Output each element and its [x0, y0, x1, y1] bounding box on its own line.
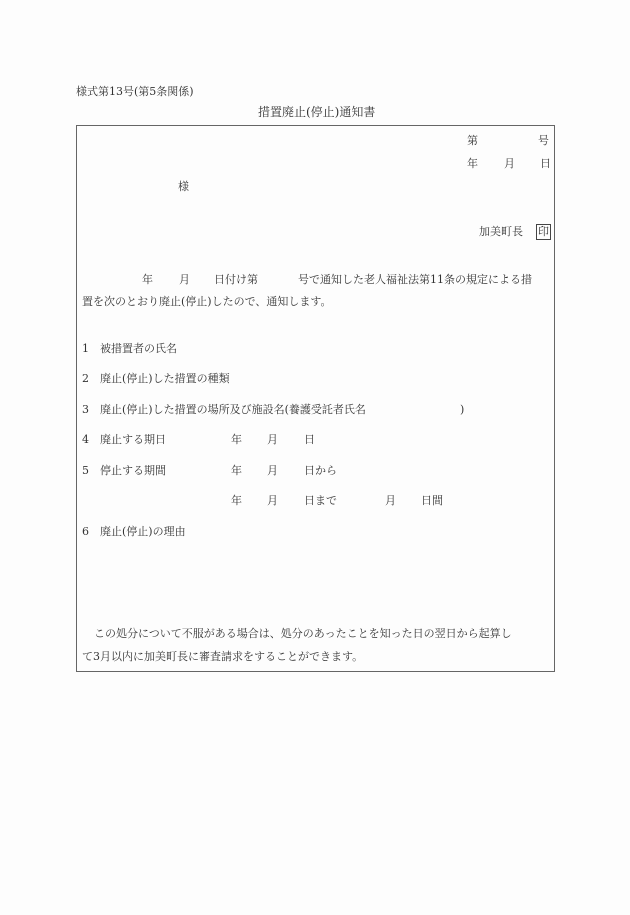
form-number: 様式第13号(第5条関係) — [76, 85, 194, 99]
item-5b-months: 月 — [385, 494, 396, 508]
addressee-suffix: 様 — [178, 180, 189, 194]
item-1-label: 被措置者の氏名 — [100, 342, 177, 356]
item-4-label: 廃止する期日 — [100, 433, 166, 447]
number-suffix: 号 — [538, 134, 549, 148]
item-1-num: 1 — [82, 342, 89, 356]
item-3-close: ) — [460, 403, 464, 417]
body-month: 月 — [179, 273, 190, 287]
item-4-num: 4 — [82, 433, 89, 447]
item-4-month: 月 — [267, 433, 278, 447]
date-day: 日 — [540, 157, 551, 171]
item-3-num: 3 — [82, 403, 89, 417]
item-4-year: 年 — [231, 433, 242, 447]
body-day: 日付け第 — [214, 273, 258, 287]
seal-icon: 印 — [536, 224, 551, 240]
body-year: 年 — [142, 273, 153, 287]
number-prefix[interactable]: 第 — [467, 134, 478, 148]
item-5-month: 月 — [267, 464, 278, 478]
body-line2: 置を次のとおり廃止(停止)したので、通知します。 — [82, 295, 331, 309]
item-6-label: 廃止(停止)の理由 — [100, 525, 186, 539]
item-5-num: 5 — [82, 464, 89, 478]
notice-line1: この処分について不服がある場合は、処分のあったことを知った日の翌日から起算し — [94, 627, 512, 641]
notice-line2: て3月以内に加美町長に審査請求をすることができます。 — [82, 650, 363, 664]
item-5b-month: 月 — [267, 494, 278, 508]
item-5-label: 停止する期間 — [100, 464, 166, 478]
issuer-name: 加美町長 — [479, 225, 523, 239]
item-6-num: 6 — [82, 525, 89, 539]
item-2-num: 2 — [82, 372, 89, 386]
item-5-year: 年 — [231, 464, 242, 478]
item-5b-day: 日まで — [304, 494, 337, 508]
date-year: 年 — [467, 157, 478, 171]
body-line1-rest: 号で通知した老人福祉法第11条の規定による措 — [298, 273, 532, 287]
form-box — [76, 125, 555, 672]
item-5b-days: 日間 — [421, 494, 443, 508]
item-3-label: 廃止(停止)した措置の場所及び施設名(養護受託者氏名 — [100, 403, 366, 417]
item-4-day: 日 — [304, 433, 315, 447]
item-5b-year: 年 — [231, 494, 242, 508]
date-month: 月 — [504, 157, 515, 171]
item-5-day: 日から — [304, 464, 337, 478]
document-title: 措置廃止(停止)通知書 — [258, 105, 375, 119]
item-2-label: 廃止(停止)した措置の種類 — [100, 372, 230, 386]
